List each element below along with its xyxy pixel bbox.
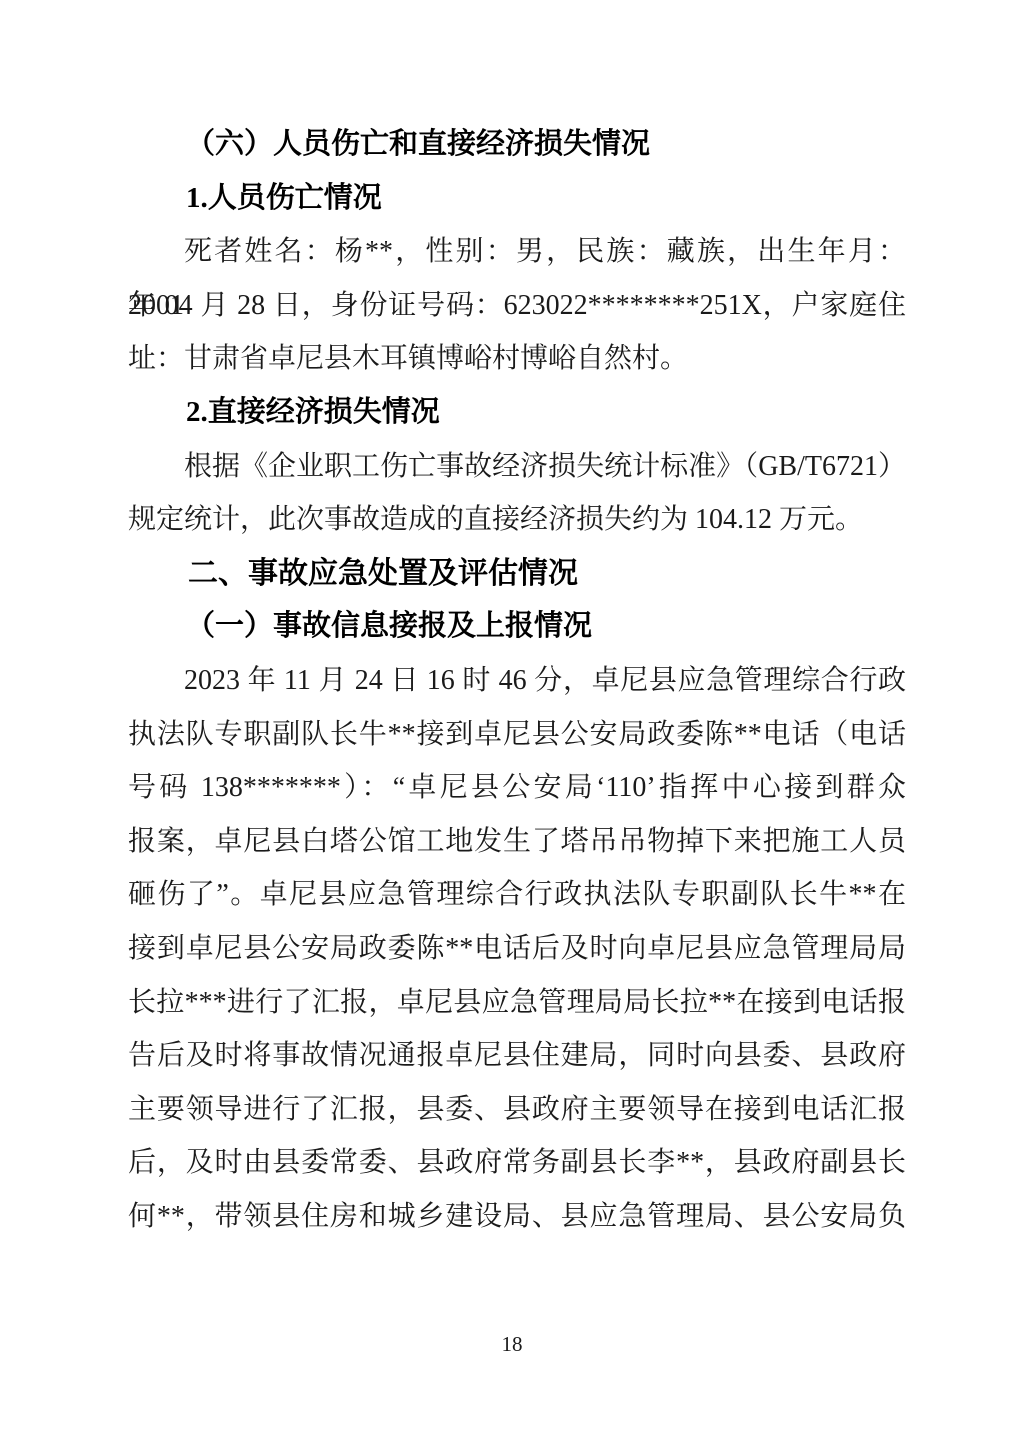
body-line: 年 04 月 28 日，身份证号码：623022********251X，户家庭…	[128, 279, 906, 333]
body-line: 号码 138*******）：“卓尼县公安局‘110’指挥中心接到群众	[128, 761, 906, 815]
body-line: 长拉***进行了汇报，卓尼县应急管理局局长拉**在接到电话报	[128, 976, 906, 1030]
body-line: 执法队专职副队长牛**接到卓尼县公安局政委陈**电话（电话	[128, 708, 906, 762]
body-line: 死者姓名：杨**，性别：男，民族：藏族，出生年月：2001	[128, 225, 906, 279]
section-heading-casualties: （六）人员伤亡和直接经济损失情况	[128, 118, 906, 172]
body-line: 后，及时由县委常委、县政府常务副县长李**，县政府副县长	[128, 1136, 906, 1190]
body-line: 报案，卓尼县白塔公馆工地发生了塔吊吊物掉下来把施工人员	[128, 815, 906, 869]
body-line: 址：甘肃省卓尼县木耳镇博峪村博峪自然村。	[128, 332, 906, 386]
body-line: 接到卓尼县公安局政委陈**电话后及时向卓尼县应急管理局局	[128, 922, 906, 976]
subsection-heading-economic-loss: 2.直接经济损失情况	[128, 386, 906, 440]
body-line: 根据《企业职工伤亡事故经济损失统计标准》（GB/T6721）	[128, 440, 906, 494]
chapter-heading-emergency-response: 二、事故应急处置及评估情况	[128, 547, 906, 601]
body-line: 何**，带领县住房和城乡建设局、县应急管理局、县公安局负	[128, 1190, 906, 1244]
body-line: 砸伤了”。卓尼县应急管理综合行政执法队专职副队长牛**在	[128, 868, 906, 922]
body-line: 规定统计，此次事故造成的直接经济损失约为 104.12 万元。	[128, 493, 906, 547]
body-line: 告后及时将事故情况通报卓尼县住建局，同时向县委、县政府	[128, 1029, 906, 1083]
document-body: （六）人员伤亡和直接经济损失情况 1.人员伤亡情况 死者姓名：杨**，性别：男，…	[128, 118, 906, 1243]
document-page: （六）人员伤亡和直接经济损失情况 1.人员伤亡情况 死者姓名：杨**，性别：男，…	[0, 0, 1024, 1448]
body-line: 主要领导进行了汇报，县委、县政府主要领导在接到电话汇报	[128, 1083, 906, 1137]
body-line: 2023 年 11 月 24 日 16 时 46 分，卓尼县应急管理综合行政	[128, 654, 906, 708]
page-number: 18	[0, 1332, 1024, 1357]
subsection-heading-casualty-details: 1.人员伤亡情况	[128, 172, 906, 226]
section-heading-incident-reporting: （一）事故信息接报及上报情况	[128, 600, 906, 654]
